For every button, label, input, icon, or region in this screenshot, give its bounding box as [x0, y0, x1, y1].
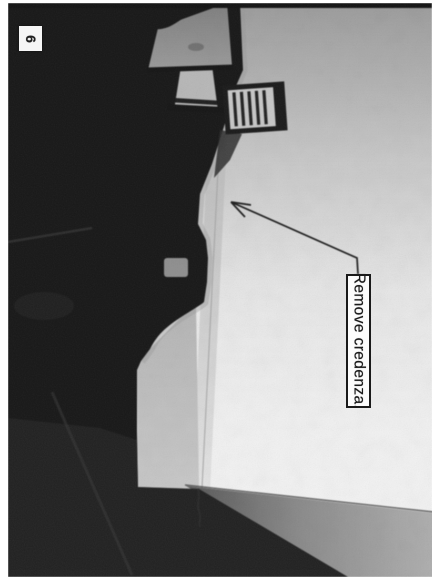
figure-number-box: 6	[19, 26, 42, 51]
annotation-text: Remove credenza.	[350, 273, 368, 410]
figure-number: 6	[22, 35, 38, 43]
annotation-label-box: Remove credenza.	[346, 274, 371, 408]
scanned-document-page: { "page": { "background": "#ffffff" }, "…	[0, 0, 436, 582]
